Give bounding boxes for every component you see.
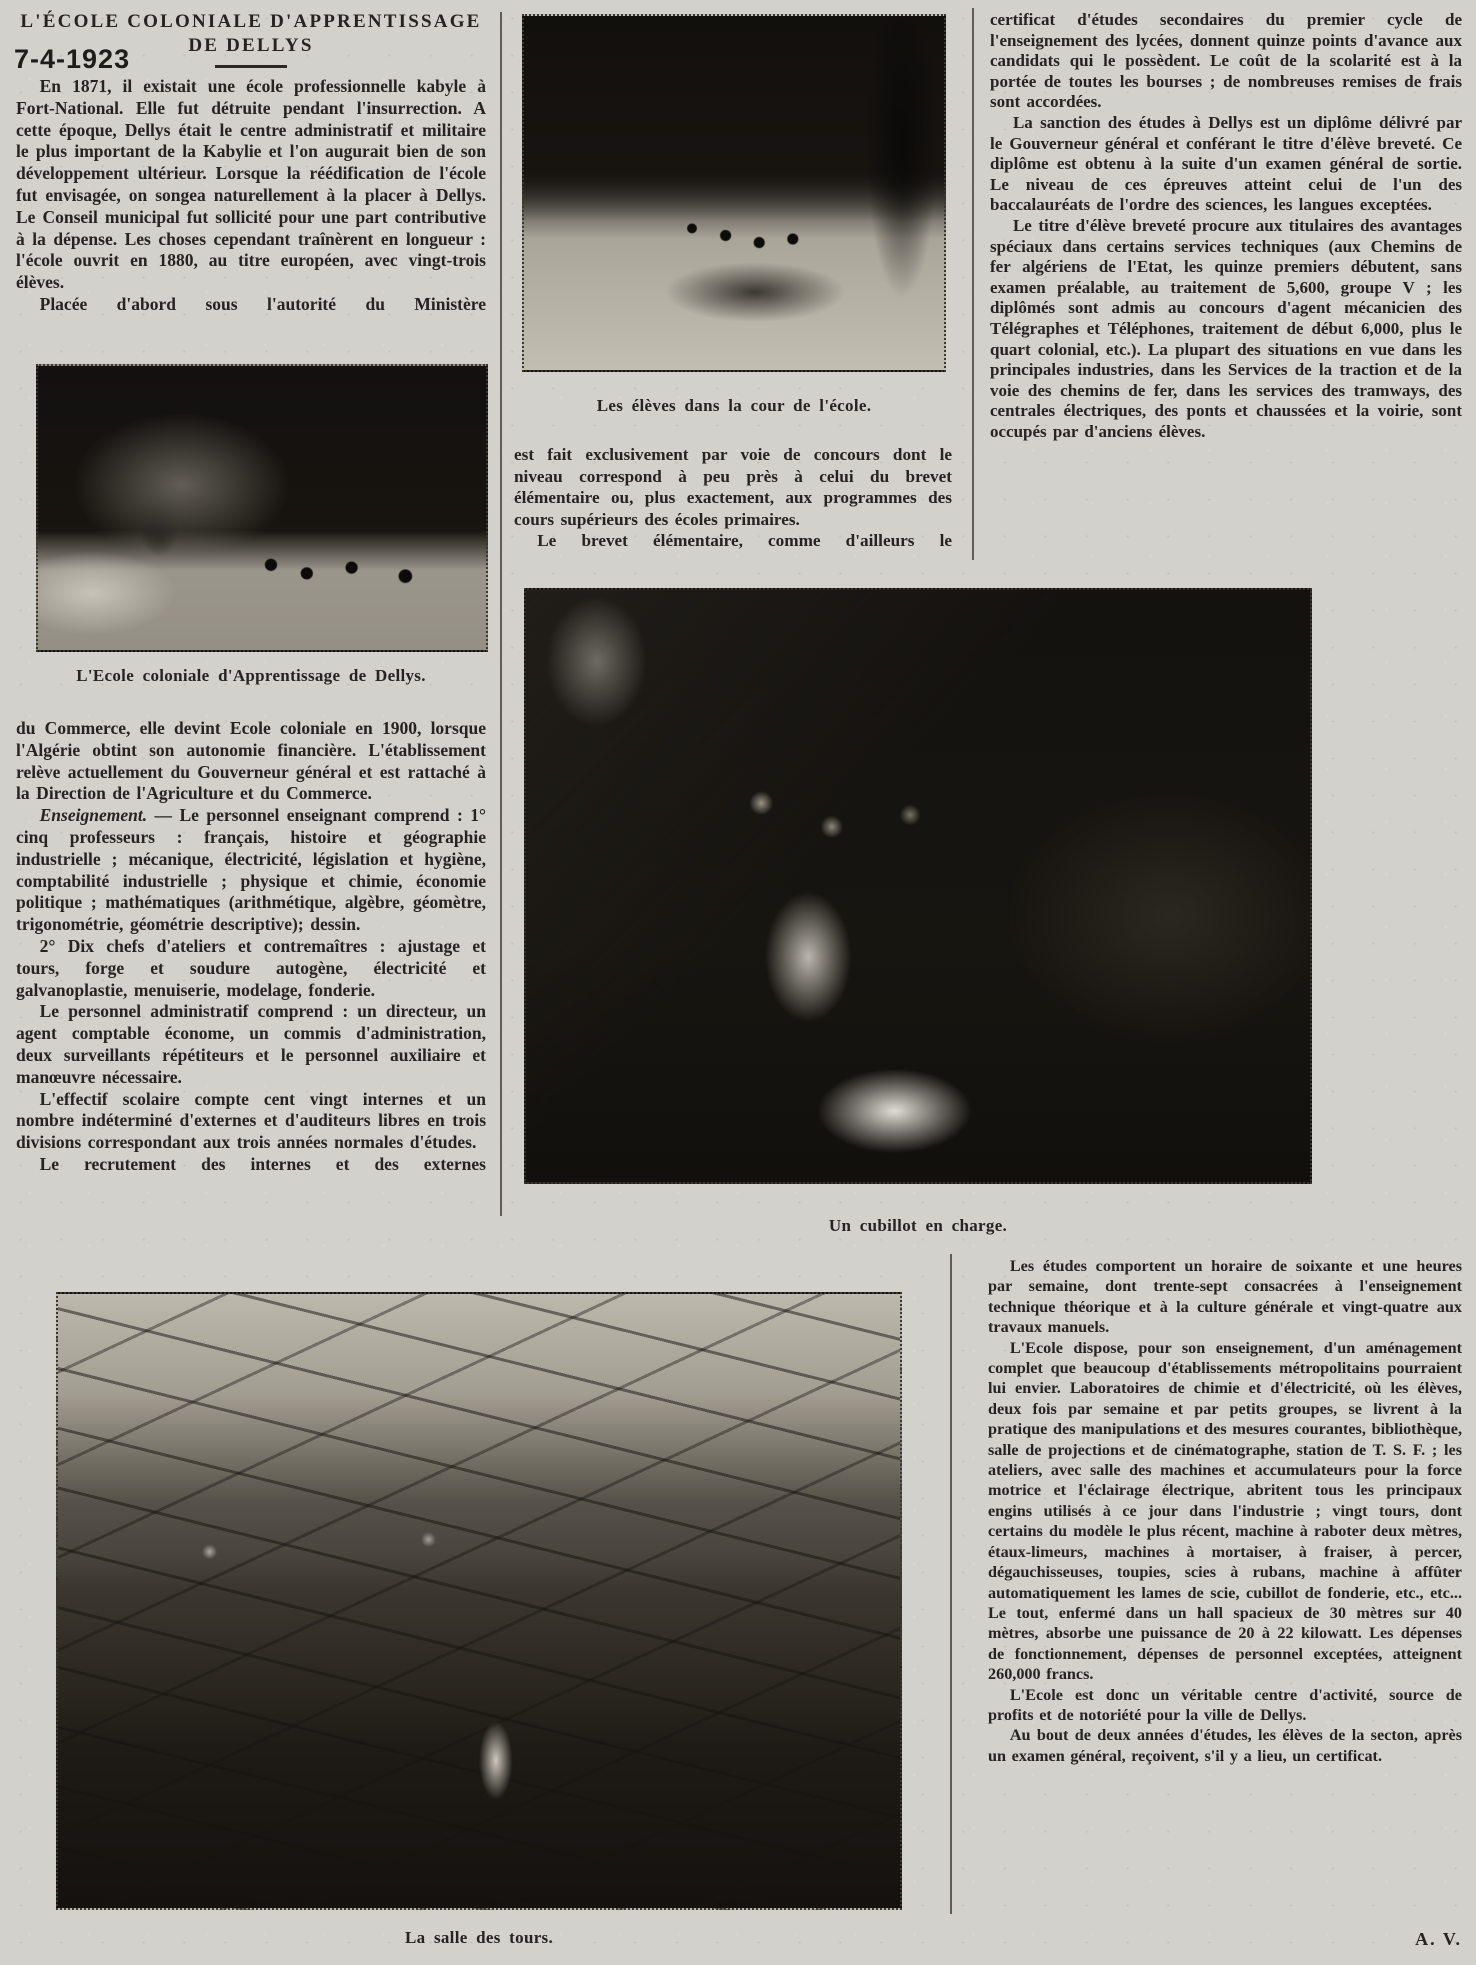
column-rule-left-middle [500,12,502,1216]
bottom-right-column-text: Les études comportent un horaire de soix… [988,1256,1462,1766]
headline-rule [215,65,287,68]
paragraph-titre-breveté: Le titre d'élève breveté procure aux tit… [990,216,1462,443]
author-signature: A. V. [988,1929,1476,1950]
paragraph-recrutement: Le recrutement des internes et des exter… [16,1154,486,1176]
column-rule-middle-right [972,8,974,560]
photo-courtyard-pupils [522,14,946,372]
headline-line-1: L'ÉCOLE COLONIALE D'APPRENTISSAGE [16,10,486,34]
photo-courtyard-caption: Les élèves dans la cour de l'école. [514,396,954,416]
paragraph-chefs-ateliers: 2° Dix chefs d'ateliers et contremaîtres… [16,936,486,1001]
paragraph-enseignement: Enseignement. — Le personnel enseignant … [16,805,486,936]
paragraph-personnel-administratif: Le personnel administratif comprend : un… [16,1001,486,1088]
date-stamp: 7-4-1923 [14,44,130,75]
newspaper-page: L'ÉCOLE COLONIALE D'APPRENTISSAGE DE DEL… [0,0,1476,1965]
photo-lathe-caption: La salle des tours. [56,1928,902,1948]
paragraph-commerce: du Commerce, elle devint Ecole coloniale… [16,718,486,805]
paragraph-ecole-dispose: L'Ecole dispose, pour son enseignement, … [988,1338,1462,1685]
photo-school-caption: L'Ecole coloniale d'Apprentissage de Del… [16,666,486,686]
middle-column-text: est fait exclusivement par voie de conco… [514,444,952,552]
paragraph-brevet: Le brevet élémentaire, comme d'ailleurs … [514,530,952,552]
left-column-lower: du Commerce, elle devint Ecole coloniale… [16,718,486,1176]
column-rule-bottom-right [950,1254,952,1914]
paragraph-au-bout: Au bout de deux années d'études, les élè… [988,1725,1462,1766]
paragraph-etudes-horaire: Les études comportent un horaire de soix… [988,1256,1462,1338]
paragraph-effectif-scolaire: L'effectif scolaire compte cent vingt in… [16,1089,486,1154]
paragraph-enseignement-lead: Enseignement. [40,805,147,825]
paragraph-certificat: certificat d'études secondaires du premi… [990,10,1462,113]
photo-lathe-room [56,1292,902,1910]
paragraph-centre-activite: L'Ecole est donc un véritable centre d'a… [988,1685,1462,1726]
paragraph-concours: est fait exclusivement par voie de conco… [514,444,952,530]
paragraph-intro-1871: En 1871, il existait une école professio… [16,76,486,294]
paragraph-placee: Placée d'abord sous l'autorité du Minist… [16,294,486,316]
paragraph-sanction: La sanction des études à Dellys est un d… [990,113,1462,216]
photo-cupola-caption: Un cubillot en charge. [524,1216,1312,1236]
photo-cupola-furnace [524,588,1312,1184]
photo-school-building [36,364,488,652]
right-column-text: certificat d'études secondaires du premi… [990,10,1462,442]
left-column-upper: En 1871, il existait une école professio… [16,76,486,316]
